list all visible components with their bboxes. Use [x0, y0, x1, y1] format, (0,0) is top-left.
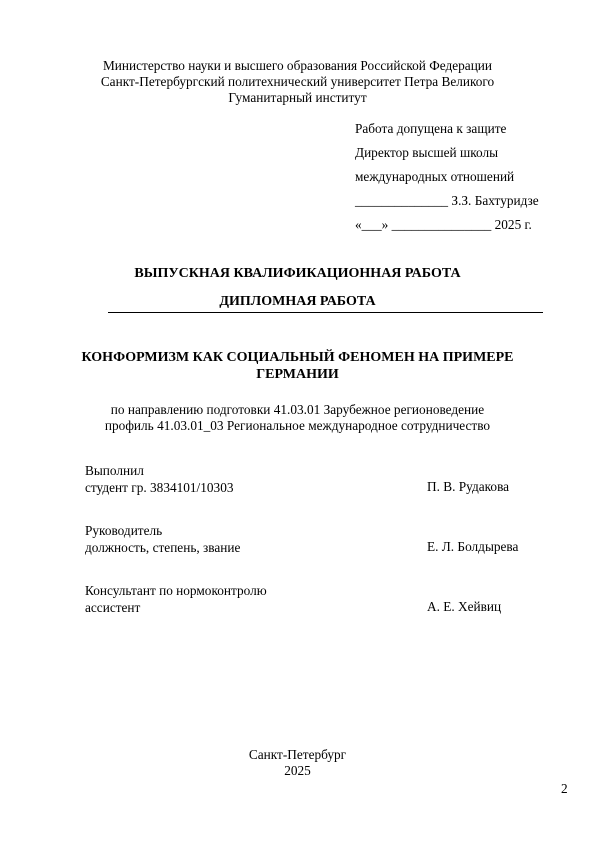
signature-detail: должность, степень, звание	[85, 539, 240, 556]
ministry-name: Министерство науки и высшего образования…	[0, 58, 595, 74]
director-school-line: международных отношений	[355, 165, 514, 189]
work-type-subtitle: ДИПЛОМНАЯ РАБОТА	[0, 294, 595, 310]
study-profile: профиль 41.03.01_03 Региональное междуна…	[0, 418, 595, 434]
thesis-topic-line-2: ГЕРМАНИИ	[0, 366, 595, 383]
signature-detail: ассистент	[85, 599, 140, 616]
signature-role: Выполнил	[85, 462, 144, 479]
work-type-title: ВЫПУСКНАЯ КВАЛИФИКАЦИОННАЯ РАБОТА	[0, 266, 595, 282]
title-underline	[108, 312, 543, 313]
thesis-topic-line-1: КОНФОРМИЗМ КАК СОЦИАЛЬНЫЙ ФЕНОМЕН НА ПРИ…	[0, 349, 595, 366]
approval-date-line: «___» _______________ 2025 г.	[355, 213, 532, 237]
approval-line: Работа допущена к защите	[355, 117, 506, 141]
signature-name: Е. Л. Болдырева	[427, 539, 518, 555]
university-name: Санкт-Петербургский политехнический унив…	[0, 74, 595, 90]
director-signature-line: ______________ З.З. Бахтуридзе	[355, 189, 539, 213]
city: Санкт-Петербург	[0, 747, 595, 763]
signature-role: Руководитель	[85, 522, 162, 539]
director-title-line: Директор высшей школы	[355, 141, 498, 165]
signature-name: П. В. Рудакова	[427, 479, 509, 495]
signature-detail: студент гр. 3834101/10303	[85, 479, 234, 496]
study-direction: по направлению подготовки 41.03.01 Заруб…	[0, 402, 595, 418]
signature-role: Консультант по нормоконтролю	[85, 582, 267, 599]
institute-name: Гуманитарный институт	[0, 90, 595, 106]
page-number: 2	[561, 781, 568, 797]
year: 2025	[0, 763, 595, 779]
signature-name: А. Е. Хейвиц	[427, 599, 501, 615]
